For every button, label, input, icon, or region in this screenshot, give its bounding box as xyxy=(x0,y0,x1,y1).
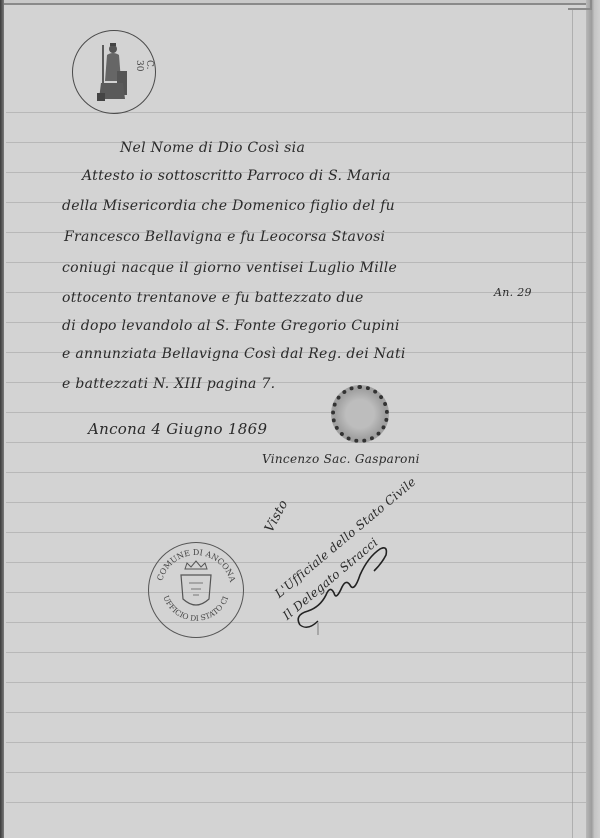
ruled-line xyxy=(6,442,586,443)
ruled-line xyxy=(6,652,586,653)
seated-figure-icon xyxy=(95,41,129,103)
text-line: ottocento trentanove e fu battezzato due xyxy=(62,290,364,306)
text-line: coniugi nacque il giorno ventisei Luglio… xyxy=(62,260,397,276)
handwritten-signature xyxy=(290,535,400,635)
ruled-line xyxy=(6,502,586,503)
parish-signature: Vincenzo Sac. Gasparoni xyxy=(262,452,420,466)
text-line: della Misericordia che Domenico figlio d… xyxy=(62,198,395,214)
margin-line xyxy=(572,8,573,838)
ruled-line xyxy=(6,712,586,713)
ruled-line xyxy=(6,772,586,773)
ruled-line xyxy=(6,112,586,113)
ruled-line xyxy=(6,742,586,743)
place-date: Ancona 4 Giugno 1869 xyxy=(88,420,267,438)
page-binding-edge xyxy=(0,0,4,838)
page-right-edge xyxy=(586,0,600,838)
comune-seal: COMUNE DI ANCONA UFFICIO DI STATO CIVILE xyxy=(148,542,244,638)
ruled-line xyxy=(6,472,586,473)
svg-text:COMUNE DI ANCONA: COMUNE DI ANCONA xyxy=(155,548,237,583)
coat-of-arms-icon: COMUNE DI ANCONA UFFICIO DI STATO CIVILE xyxy=(149,543,243,637)
text-line: di dopo levandolo al S. Fonte Gregorio C… xyxy=(62,318,400,334)
ruled-line xyxy=(6,802,586,803)
ruled-line xyxy=(6,532,586,533)
stamp-value: C. 30 xyxy=(134,60,154,82)
ruled-line xyxy=(6,412,586,413)
text-line: e annunziata Bellavigna Così dal Reg. de… xyxy=(62,346,406,362)
margin-note: An. 29 xyxy=(494,286,532,299)
text-line: Francesco Bellavigna e fu Leocorsa Stavo… xyxy=(64,229,385,245)
heading-line: Nel Nome di Dio Così sia xyxy=(120,140,305,156)
revenue-stamp: C. 30 xyxy=(72,30,156,114)
text-line: Attesto io sottoscritto Parroco di S. Ma… xyxy=(82,168,391,184)
ruled-line xyxy=(6,682,586,683)
parish-seal xyxy=(331,385,389,443)
text-line: e battezzati N. XIII pagina 7. xyxy=(62,376,275,392)
